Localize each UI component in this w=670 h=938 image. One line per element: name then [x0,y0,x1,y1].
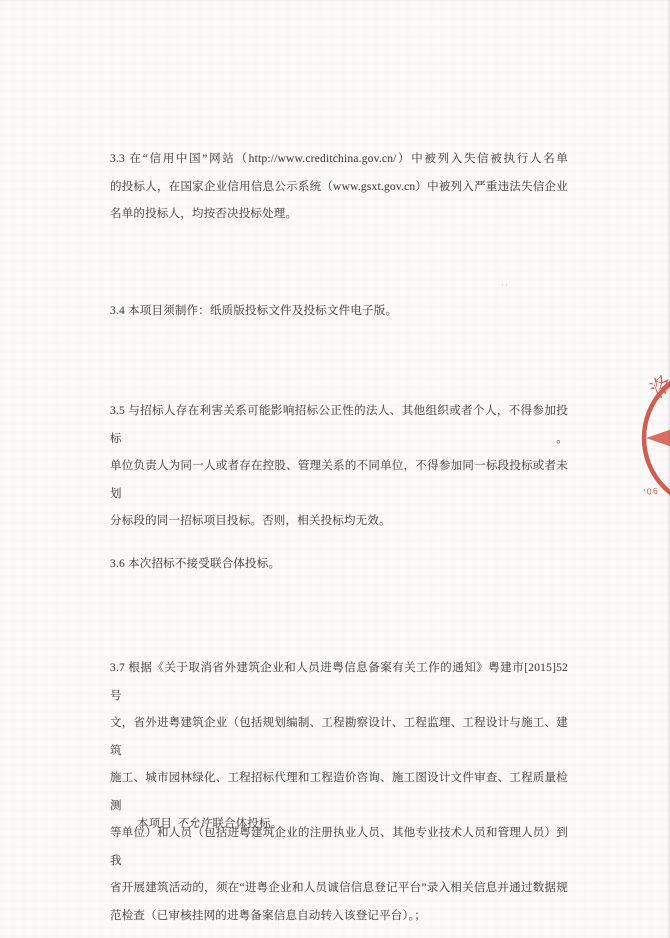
paragraph-3-7: 3.7 根据《关于取消省外建筑企业和人员进粤信息备案有关工作的通知》粤建市[20… [110,655,568,930]
official-seal-stamp: 洛 '06 [638,358,670,518]
paragraph-3-5: 3.5 与招标人存在利害关系可能影响招标公正性的法人、其他组织或者个人，不得参加… [110,398,568,536]
text-line: 省开展建筑活动的，须在“进粤企业和人员诚信信息登记平台”录入相关信息并通过数据规 [110,875,568,903]
closing-line-prefix: 本项目 [137,818,175,830]
paragraph-3-3: 3.3 在“信用中国”网站（http://www.creditchina.gov… [110,146,568,229]
text-line: 3.5 与招标人存在利害关系可能影响招标公正性的法人、其他组织或者个人，不得参加… [110,398,568,453]
closing-line-emphasis: 不允许 [175,818,212,830]
text-line: 单位负责人为同一人或者存在控股、管理关系的不同单位，不得参加同一标段投标或者未划 [110,453,568,508]
text-line: 文，省外进粤建筑企业（包括规划编制、工程勘察设计、工程监理、工程设计与施工、建筑 [110,710,568,765]
text-line: 名单的投标人，均按否决投标处理。 [110,201,568,229]
text-line: 范检查（已审核挂网的进粤备案信息自动转入该登记平台）。； [110,903,568,931]
text-line: 3.4 本项目须制作：纸质版投标文件及投标文件电子版。 [110,298,568,326]
closing-line: 本项目 不允许联合体投标。 [137,811,283,839]
closing-line-suffix: 联合体投标。 [212,818,282,830]
scan-speck: ·· [501,280,509,290]
text-line: 3.3 在“信用中国”网站（http://www.creditchina.gov… [110,146,568,174]
paragraph-3-4: 3.4 本项目须制作：纸质版投标文件及投标文件电子版。 [110,298,568,326]
text-line: 3.6 本次招标不接受联合体投标。 [110,551,568,579]
text-line: 的投标人，在国家企业信用信息公示系统（www.gsxt.gov.cn）中被列入严… [110,174,568,202]
seal-serial-number: '06 [643,485,660,497]
text-line: 分标段的同一招标项目投标。否则，相关投标均无效。 [110,508,568,536]
page-top-edge-shadow [0,0,670,2]
scanned-document-page: 3.3 在“信用中国”网站（http://www.creditchina.gov… [0,0,670,938]
paragraph-3-6: 3.6 本次招标不接受联合体投标。 [110,551,568,579]
text-line: 3.7 根据《关于取消省外建筑企业和人员进粤信息备案有关工作的通知》粤建市[20… [110,655,568,710]
